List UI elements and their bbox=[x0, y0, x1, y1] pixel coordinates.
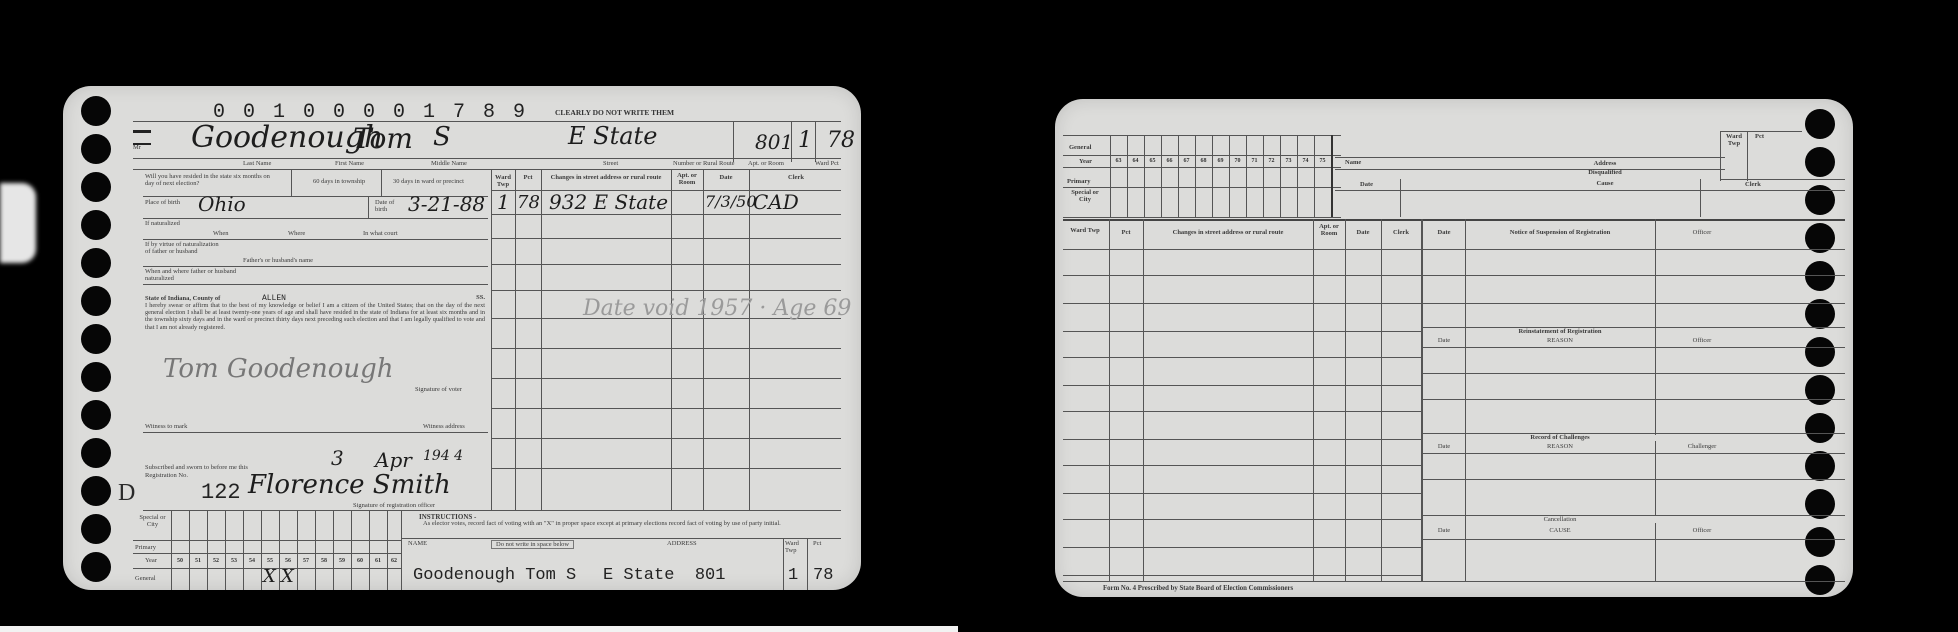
middle-name: S bbox=[433, 122, 451, 152]
label-ward-twp-top: Ward Twp bbox=[1722, 133, 1746, 148]
voter-signature: Tom Goodenough bbox=[163, 354, 394, 384]
label-in-what-court: In what court bbox=[363, 230, 398, 237]
year-cell: 75 bbox=[1314, 158, 1331, 164]
instructions-text: As elector votes, record fact of voting … bbox=[423, 520, 823, 527]
year-cell: 56 bbox=[279, 558, 297, 564]
change-address: 932 E State bbox=[549, 190, 668, 214]
col-challenges-challenger: Challenger bbox=[1657, 443, 1747, 450]
footer-pct-label: Pct bbox=[813, 540, 821, 547]
punch-hole bbox=[81, 172, 111, 202]
faded-annotation: Date void 1957 · Age 69 bbox=[583, 296, 851, 321]
grid-label-year: Year bbox=[145, 557, 157, 564]
change-pct: 78 bbox=[517, 192, 540, 213]
grid-label-general: General bbox=[135, 575, 156, 582]
typed-address: E State 801 bbox=[603, 566, 725, 585]
label-ward-pct: Ward Pct bbox=[815, 160, 839, 167]
typed-pct: 78 bbox=[813, 566, 833, 585]
ward-pct: 1 78 bbox=[798, 128, 855, 153]
year-cell: 52 bbox=[207, 558, 225, 564]
registration-card-back: General Year Primary Special or City 63 … bbox=[1055, 99, 1853, 597]
footer-ward-label: Ward Twp bbox=[785, 540, 805, 555]
label-disqualified: Disqualified bbox=[1455, 169, 1755, 176]
label-when: When bbox=[213, 230, 229, 237]
label-first-name: First Name bbox=[335, 160, 364, 167]
punch-hole bbox=[81, 552, 111, 582]
punch-hole bbox=[81, 476, 111, 506]
year-cell: 70 bbox=[1229, 158, 1246, 164]
label-clerk: Clerk bbox=[1745, 181, 1761, 188]
typed-ward: 1 bbox=[788, 566, 798, 585]
col-reinstatement-officer: Officer bbox=[1657, 337, 1747, 344]
col-apt-room: Apt. or Room bbox=[1315, 223, 1343, 238]
header-notice: CLEARLY DO NOT WRITE THEM bbox=[555, 108, 674, 117]
scan-artifact bbox=[0, 183, 36, 263]
registration-card-front: 0 0 1 0 0 0 0 1 7 8 9 CLEARLY DO NOT WRI… bbox=[63, 86, 861, 590]
subscribed-day: 3 bbox=[331, 446, 344, 470]
punch-hole bbox=[81, 324, 111, 354]
officer-signature: Florence Smith bbox=[248, 470, 451, 500]
year-cell: 57 bbox=[297, 558, 315, 564]
year-cell: 71 bbox=[1246, 158, 1263, 164]
footer-do-not-write: Do not write in space below bbox=[491, 540, 574, 549]
challenges-title: Record of Challenges bbox=[1467, 434, 1653, 441]
form-note: Form No. 4 Prescribed by State Board of … bbox=[1103, 585, 1293, 593]
col-cancellation-date: Date bbox=[1425, 527, 1463, 534]
year-cell: 69 bbox=[1212, 158, 1229, 164]
col-challenges-date: Date bbox=[1425, 443, 1463, 450]
label-subscribed: Subscribed and sworn to before me this bbox=[145, 464, 248, 471]
col-suspension-officer: Officer bbox=[1657, 229, 1747, 236]
scan-edge-strip bbox=[0, 626, 958, 632]
label-officer-signature: Signature of registration officer bbox=[353, 502, 435, 509]
label-witness-address: Witness address bbox=[423, 423, 465, 430]
punch-hole bbox=[81, 400, 111, 430]
col-changes: Changes in street address or rural route bbox=[543, 174, 669, 181]
punch-hole bbox=[1805, 565, 1835, 595]
punch-hole bbox=[1805, 451, 1835, 481]
label-cause: Cause bbox=[1455, 180, 1755, 187]
date-of-birth: 3-21-88 bbox=[408, 192, 485, 216]
oath-state-label: State of Indiana, County of bbox=[145, 295, 220, 302]
label-witness-mark: Witness to mark bbox=[145, 423, 187, 430]
subscribed-month: Apr bbox=[375, 448, 412, 472]
change-clerk: CAD bbox=[753, 190, 799, 214]
punch-hole bbox=[81, 362, 111, 392]
vote-mark-55: X bbox=[263, 566, 276, 587]
punch-hole bbox=[81, 286, 111, 316]
label-number: Number or Rural Route bbox=[673, 160, 735, 167]
year-cell: 65 bbox=[1144, 158, 1161, 164]
ward-value: 1 bbox=[798, 128, 812, 153]
subscribed-year: 194 4 bbox=[423, 448, 463, 464]
place-of-birth: Ohio bbox=[198, 192, 246, 216]
year-cell: 73 bbox=[1280, 158, 1297, 164]
col-suspension-date: Date bbox=[1425, 229, 1463, 236]
punch-hole bbox=[1805, 261, 1835, 291]
col-ward-twp: Ward Twp bbox=[493, 174, 513, 189]
col-reinstatement-reason: REASON bbox=[1467, 337, 1653, 344]
col-date: Date bbox=[1347, 229, 1379, 236]
year-cell: 64 bbox=[1127, 158, 1144, 164]
col-reinstatement-date: Date bbox=[1425, 337, 1463, 344]
grid-label-primary: Primary bbox=[1067, 178, 1090, 185]
street-number: 801 bbox=[755, 130, 793, 154]
col-clerk: Clerk bbox=[1383, 229, 1419, 236]
col-date: Date bbox=[705, 174, 747, 181]
col-pct: Pct bbox=[1111, 229, 1141, 236]
reinstatement-title: Reinstatement of Registration bbox=[1467, 328, 1653, 335]
label-when-where-father: When and where father or husband natural… bbox=[145, 268, 245, 283]
punch-hole bbox=[1805, 147, 1835, 177]
punch-hole bbox=[1805, 375, 1835, 405]
label-last-name: Last Name bbox=[243, 160, 271, 167]
year-cell: 58 bbox=[315, 558, 333, 564]
grid-label-special: Special or City bbox=[1065, 189, 1105, 204]
col-challenges-reason: REASON bbox=[1467, 443, 1653, 450]
label-apt: Apt. or Room bbox=[748, 160, 784, 167]
year-cell: 59 bbox=[333, 558, 351, 564]
punch-hole bbox=[1805, 109, 1835, 139]
grid-label-general: General bbox=[1069, 144, 1091, 151]
punch-hole bbox=[1805, 337, 1835, 367]
punch-hole bbox=[81, 210, 111, 240]
col-clerk: Clerk bbox=[751, 174, 841, 181]
col-changes: Changes in street address or rural route bbox=[1145, 229, 1311, 236]
year-cell: 53 bbox=[225, 558, 243, 564]
col-ward-twp: Ward Twp bbox=[1065, 227, 1105, 234]
oath-ss: SS. bbox=[476, 294, 485, 301]
change-date: 7/3/50 bbox=[705, 192, 757, 211]
label-address: Address bbox=[1455, 160, 1755, 167]
grid-label-year: Year bbox=[1079, 158, 1092, 165]
punch-hole bbox=[81, 438, 111, 468]
punch-hole bbox=[1805, 527, 1835, 557]
year-cell: 55 bbox=[261, 558, 279, 564]
change-ward: 1 bbox=[497, 190, 510, 214]
label-registration-no: Registration No. bbox=[145, 472, 188, 479]
year-cell: 66 bbox=[1161, 158, 1178, 164]
label-pct-top: Pct bbox=[1755, 133, 1764, 140]
year-cell: 51 bbox=[189, 558, 207, 564]
typed-name: Goodenough Tom S bbox=[413, 566, 576, 585]
label-date-of-birth: Date of birth bbox=[375, 199, 405, 214]
district-letter: D bbox=[118, 480, 135, 507]
col-pct: Pct bbox=[517, 174, 539, 181]
year-cell: 74 bbox=[1297, 158, 1314, 164]
cancellation-title: Cancellation bbox=[1467, 516, 1653, 523]
label-father-name: Father's or husband's name bbox=[243, 257, 313, 264]
registration-number: 122 bbox=[201, 480, 241, 505]
title-prefix-icon bbox=[133, 130, 151, 145]
punch-hole bbox=[81, 248, 111, 278]
label-name: Name bbox=[1345, 159, 1361, 166]
punch-hole bbox=[1805, 413, 1835, 443]
punch-hole bbox=[81, 514, 111, 544]
punch-hole bbox=[81, 134, 111, 164]
label-where: Where bbox=[288, 230, 305, 237]
punch-hole bbox=[81, 96, 111, 126]
first-name: Tom bbox=[353, 122, 413, 155]
label-resided: Will you have resided in the state six m… bbox=[145, 173, 275, 188]
street: E State bbox=[568, 122, 657, 150]
label-father-husband: If by virtue of naturalization of father… bbox=[145, 241, 220, 256]
col-suspension-notice: Notice of Suspension of Registration bbox=[1467, 229, 1653, 236]
year-cell: 54 bbox=[243, 558, 261, 564]
label-signature-voter: Signature of voter bbox=[415, 386, 462, 393]
year-cell: 50 bbox=[171, 558, 189, 564]
footer-name-label: NAME bbox=[408, 540, 427, 547]
year-cell: 63 bbox=[1110, 158, 1127, 164]
col-apt-room: Apt. or Room bbox=[673, 172, 701, 187]
title-prefix: Mr bbox=[133, 144, 141, 151]
pct-value: 78 bbox=[827, 128, 855, 153]
label-naturalized: If naturalized bbox=[145, 220, 185, 227]
oath-text: I hereby swear or affirm that to the bes… bbox=[145, 302, 485, 331]
grid-label-special: Special or City bbox=[135, 514, 170, 529]
col-cancellation-cause: CAUSE bbox=[1467, 527, 1653, 534]
label-place-of-birth: Place of birth bbox=[145, 199, 185, 206]
grid-label-primary: Primary bbox=[135, 544, 156, 551]
label-ward-precinct: 30 days in ward or precinct bbox=[393, 178, 473, 185]
year-cell: 60 bbox=[351, 558, 369, 564]
label-middle-name: Middle Name bbox=[431, 160, 467, 167]
label-date-disq: Date bbox=[1360, 181, 1373, 188]
vote-mark-56: X bbox=[281, 566, 294, 587]
footer-address-label: ADDRESS bbox=[667, 540, 697, 547]
label-township: 60 days in township bbox=[313, 178, 373, 185]
year-cell: 72 bbox=[1263, 158, 1280, 164]
col-cancellation-officer: Officer bbox=[1657, 527, 1747, 534]
year-cell: 68 bbox=[1195, 158, 1212, 164]
year-cell: 67 bbox=[1178, 158, 1195, 164]
label-street: Street bbox=[603, 160, 618, 167]
